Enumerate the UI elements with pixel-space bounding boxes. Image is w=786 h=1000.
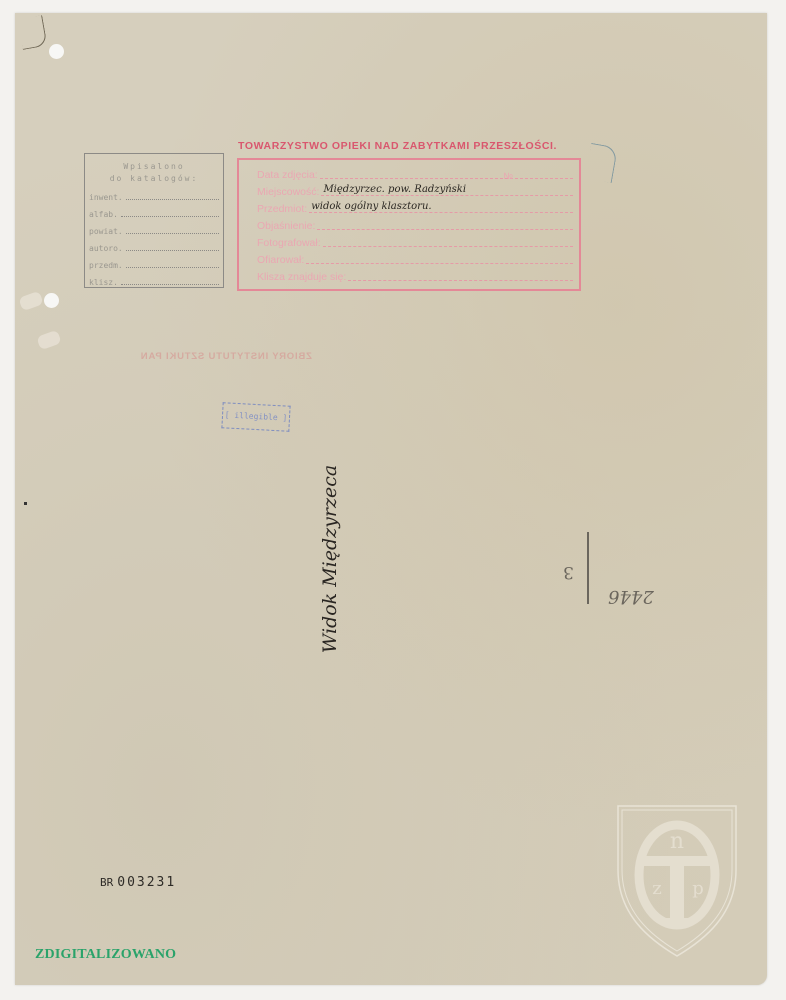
form-row-date: Data zdjęcia: № xyxy=(257,165,573,181)
form-row-subject: Przedmiot: widok ogólny klasztoru. xyxy=(257,199,573,215)
pencil-divider xyxy=(587,532,589,604)
blue-inventory-stamp: [ illegible ] xyxy=(221,402,290,432)
field-label: Ofiarował: xyxy=(257,254,304,266)
svg-text:n: n xyxy=(670,829,684,854)
form-row-donor: Ofiarował: xyxy=(257,250,573,266)
catalog-row: autoro. xyxy=(89,240,219,253)
handwritten-caption: Widok Międzyrzeca xyxy=(319,419,341,699)
catalog-row: klisz. xyxy=(89,274,219,287)
catalog-row-label: powiat. xyxy=(89,227,123,236)
catalog-row: przedm. xyxy=(89,257,219,270)
catalog-row: powiat. xyxy=(89,223,219,236)
catalog-stamp: Wpisalono do katalogów: inwent. alfab. p… xyxy=(84,153,224,288)
reference-number: BR003231 xyxy=(100,875,176,890)
form-row-plate-location: Klisza znajduje się: xyxy=(257,267,573,283)
field-label: Klisza znajduje się: xyxy=(257,271,346,283)
catalog-row-label: inwent. xyxy=(89,193,123,202)
svg-text:p: p xyxy=(692,878,704,899)
mirrored-institute-stamp: ZBIORY INSTYTUTU SZTUKI PAN xyxy=(140,351,312,362)
catalog-row-label: alfab. xyxy=(89,210,118,219)
ntzp-watermark-icon: n z p xyxy=(614,800,740,960)
society-stamp-title: TOWARZYSTWO OPIEKI NAD ZABYTKAMI PRZESZŁ… xyxy=(238,140,578,152)
punch-hole-top xyxy=(49,44,64,59)
ink-dot xyxy=(24,502,27,505)
digitized-stamp: ZDIGITALIZOWANO xyxy=(35,947,176,963)
field-label: Objaśnienie: xyxy=(257,220,315,232)
field-label: Przedmiot: xyxy=(257,203,307,215)
pencil-inventory-number: 2446 xyxy=(608,586,654,607)
pencil-fraction-number: 3 xyxy=(563,562,574,582)
field-value: Międzyrzec. pow. Radzyński xyxy=(323,184,466,195)
catalog-row-label: klisz. xyxy=(89,278,118,287)
svg-text:z: z xyxy=(652,878,661,899)
society-stamp-form: Data zdjęcia: № Miejscowość: Międzyrzec.… xyxy=(237,158,581,291)
reference-digits: 003231 xyxy=(117,875,176,890)
catalog-row: alfab. xyxy=(89,206,219,219)
punch-hole-middle xyxy=(44,293,59,308)
catalog-row: inwent. xyxy=(89,189,219,202)
field-label: Data zdjęcia: xyxy=(257,169,318,181)
number-sign: № xyxy=(503,171,513,181)
catalog-row-label: autoro. xyxy=(89,244,123,253)
reference-prefix: BR xyxy=(100,876,113,889)
form-row-place: Miejscowość: Międzyrzec. pow. Radzyński xyxy=(257,182,573,198)
catalog-row-label: przedm. xyxy=(89,261,123,270)
field-label: Miejscowość: xyxy=(257,186,319,198)
catalog-title-line2: do katalogów: xyxy=(85,173,223,185)
catalog-title-line1: Wpisalono xyxy=(85,161,223,173)
form-row-photographer: Fotografował: xyxy=(257,233,573,249)
form-row-explanation: Objaśnienie: xyxy=(257,216,573,232)
field-label: Fotografował: xyxy=(257,237,321,249)
field-value: widok ogólny klasztoru. xyxy=(311,201,431,212)
